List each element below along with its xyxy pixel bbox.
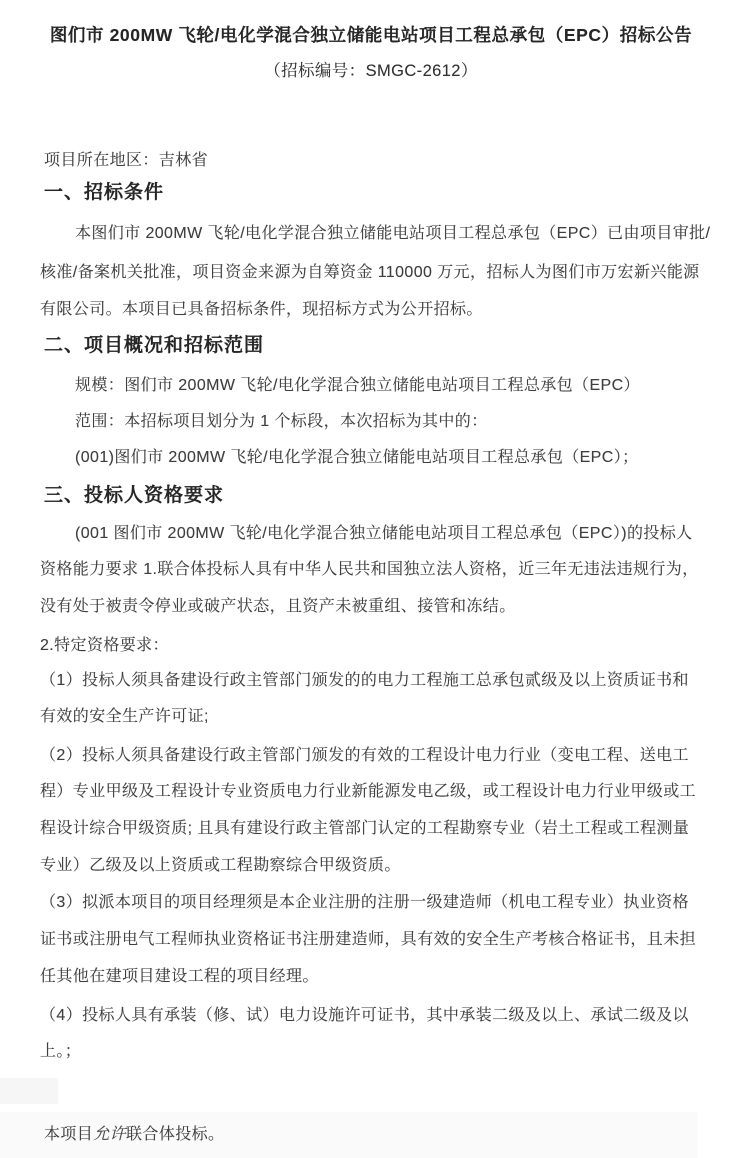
body-line: 专业）乙级及以上资质或工程勘察综合甲级资质。 xyxy=(40,856,401,876)
body-line-item-3: （3）拟派本项目的项目经理须是本企业注册的注册一级建造师（机电工程专业）执业资格 xyxy=(40,893,689,913)
body-line: (001 图们市 200MW 飞轮/电化学混合独立储能电站项目工程总承包（EPC… xyxy=(75,524,693,544)
body-line-specific-requirements: 2.特定资格要求： xyxy=(40,636,169,656)
scanned-tender-document-page: 图们市 200MW 飞轮/电化学混合独立储能电站项目工程总承包（EPC）招标公告… xyxy=(0,0,742,1158)
section-heading-tender-conditions: 一、招标条件 xyxy=(44,183,164,203)
body-line: 没有处于被责令停业或破产状态，且资产未被重组、接管和冻结。 xyxy=(40,597,516,617)
consortium-bidding-note: 本项目允许联合体投标。 xyxy=(44,1125,224,1145)
body-line: 本图们市 200MW 飞轮/电化学混合独立储能电站项目工程总承包（EPC）已由项… xyxy=(75,224,710,244)
note-prefix: 本项目 xyxy=(44,1126,93,1143)
body-line-item-1: （1）投标人须具备建设行政主管部门颁发的的电力工程施工总承包贰级及以上资质证书和 xyxy=(40,671,689,691)
section-heading-bidder-qualifications: 三、投标人资格要求 xyxy=(44,486,224,506)
body-line-item-2: （2）投标人须具备建设行政主管部门颁发的有效的工程设计电力行业（变电工程、送电工 xyxy=(40,746,689,766)
body-line: 程设计综合甲级资质; 且具有建设行政主管部门认定的工程勘察专业（岩土工程或工程测… xyxy=(40,819,689,839)
body-line: 资格能力要求 1.联合体投标人具有中华人民共和国独立法人资格，近三年无违法违规行… xyxy=(40,560,699,580)
body-line-item-4: （4）投标人具有承装（修、试）电力设施许可证书，其中承装二级及以上、承试二级及以 xyxy=(40,1006,689,1026)
body-line: 核准/备案机关批准，项目资金来源为自筹资金 110000 万元，招标人为图们市万… xyxy=(40,263,700,283)
body-line: 有效的安全生产许可证; xyxy=(40,707,209,727)
scan-shading-patch xyxy=(0,1078,58,1104)
body-line-scope: 范围：本招标项目划分为 1 个标段，本次招标为其中的： xyxy=(75,412,488,432)
body-line: 有限公司。本项目已具备招标条件，现招标方式为公开招标。 xyxy=(40,300,483,320)
body-line-lot-001: (001)图们市 200MW 飞轮/电化学混合独立储能电站项目工程总承包（EPC… xyxy=(75,448,639,468)
section-heading-project-overview: 二、项目概况和招标范围 xyxy=(44,336,264,356)
body-line: 程）专业甲级及工程设计专业资质电力行业新能源发电乙级，或工程设计电力行业甲级或工 xyxy=(40,782,696,802)
body-line: 上。； xyxy=(40,1042,81,1062)
note-emphasis-allowed: 允许 xyxy=(93,1126,126,1143)
note-suffix: 联合体投标。 xyxy=(126,1126,224,1143)
body-line-scale: 规模：图们市 200MW 飞轮/电化学混合独立储能电站项目工程总承包（EPC） xyxy=(75,376,640,396)
tender-number-line: （招标编号：SMGC-2612） xyxy=(0,61,742,81)
project-region-line: 项目所在地区：吉林省 xyxy=(44,151,208,171)
body-line: 任其他在建项目建设工程的项目经理。 xyxy=(40,967,319,987)
body-line: 证书或注册电气工程师执业资格证书注册建造师，具有效的安全生产考核合格证书，且未担 xyxy=(40,930,696,950)
scan-shading-corner xyxy=(697,1112,742,1158)
document-title: 图们市 200MW 飞轮/电化学混合独立储能电站项目工程总承包（EPC）招标公告 xyxy=(0,25,742,45)
